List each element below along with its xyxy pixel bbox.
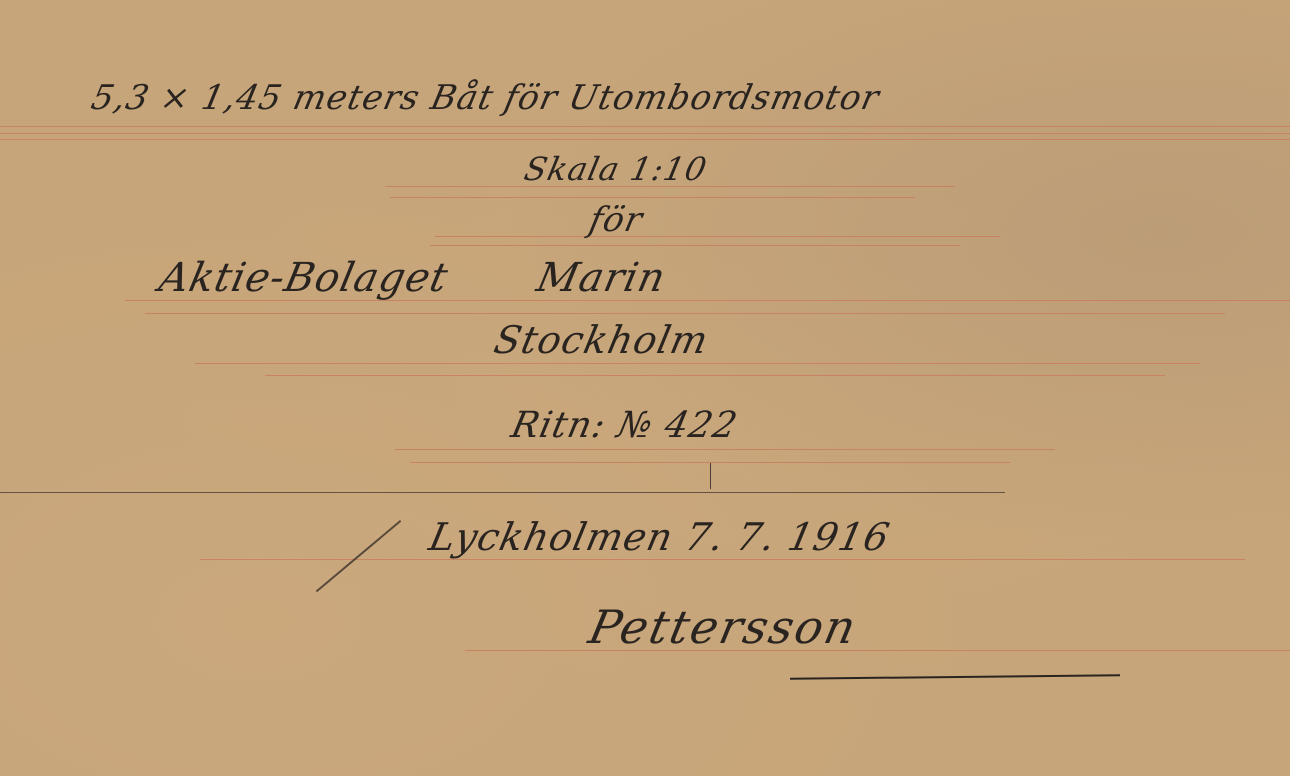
ruled-line xyxy=(395,449,1055,450)
ruled-line xyxy=(0,133,1290,134)
place-date: Lyckholmen 7. 7. 1916 xyxy=(425,515,894,559)
divider-tick xyxy=(710,463,711,489)
ruled-line xyxy=(435,236,1000,237)
divider-line xyxy=(0,492,1005,493)
signature-underline xyxy=(790,674,1120,679)
ruled-line xyxy=(200,559,1245,560)
ruled-line xyxy=(145,313,1225,314)
company-line: Aktie-BolagetMarin xyxy=(155,255,670,301)
ruled-line xyxy=(0,139,1290,140)
city-label: Stockholm xyxy=(490,318,712,362)
ruled-line xyxy=(390,197,915,198)
ruled-line xyxy=(430,245,960,246)
company-name: Marin xyxy=(533,255,670,301)
ruled-line xyxy=(195,363,1200,364)
company-prefix: Aktie-Bolaget xyxy=(155,255,452,301)
drawing-number: Ritn: № 422 xyxy=(508,405,742,446)
ruled-line xyxy=(0,126,1290,127)
pen-flourish xyxy=(316,520,402,592)
scale-label: Skala 1:10 xyxy=(521,150,711,188)
ruled-line xyxy=(265,375,1165,376)
for-label: för xyxy=(586,200,647,240)
dimensions-title: 5,3 × 1,45 meters Båt för Utombordsmotor xyxy=(88,78,884,118)
signature: Pettersson xyxy=(584,600,862,654)
